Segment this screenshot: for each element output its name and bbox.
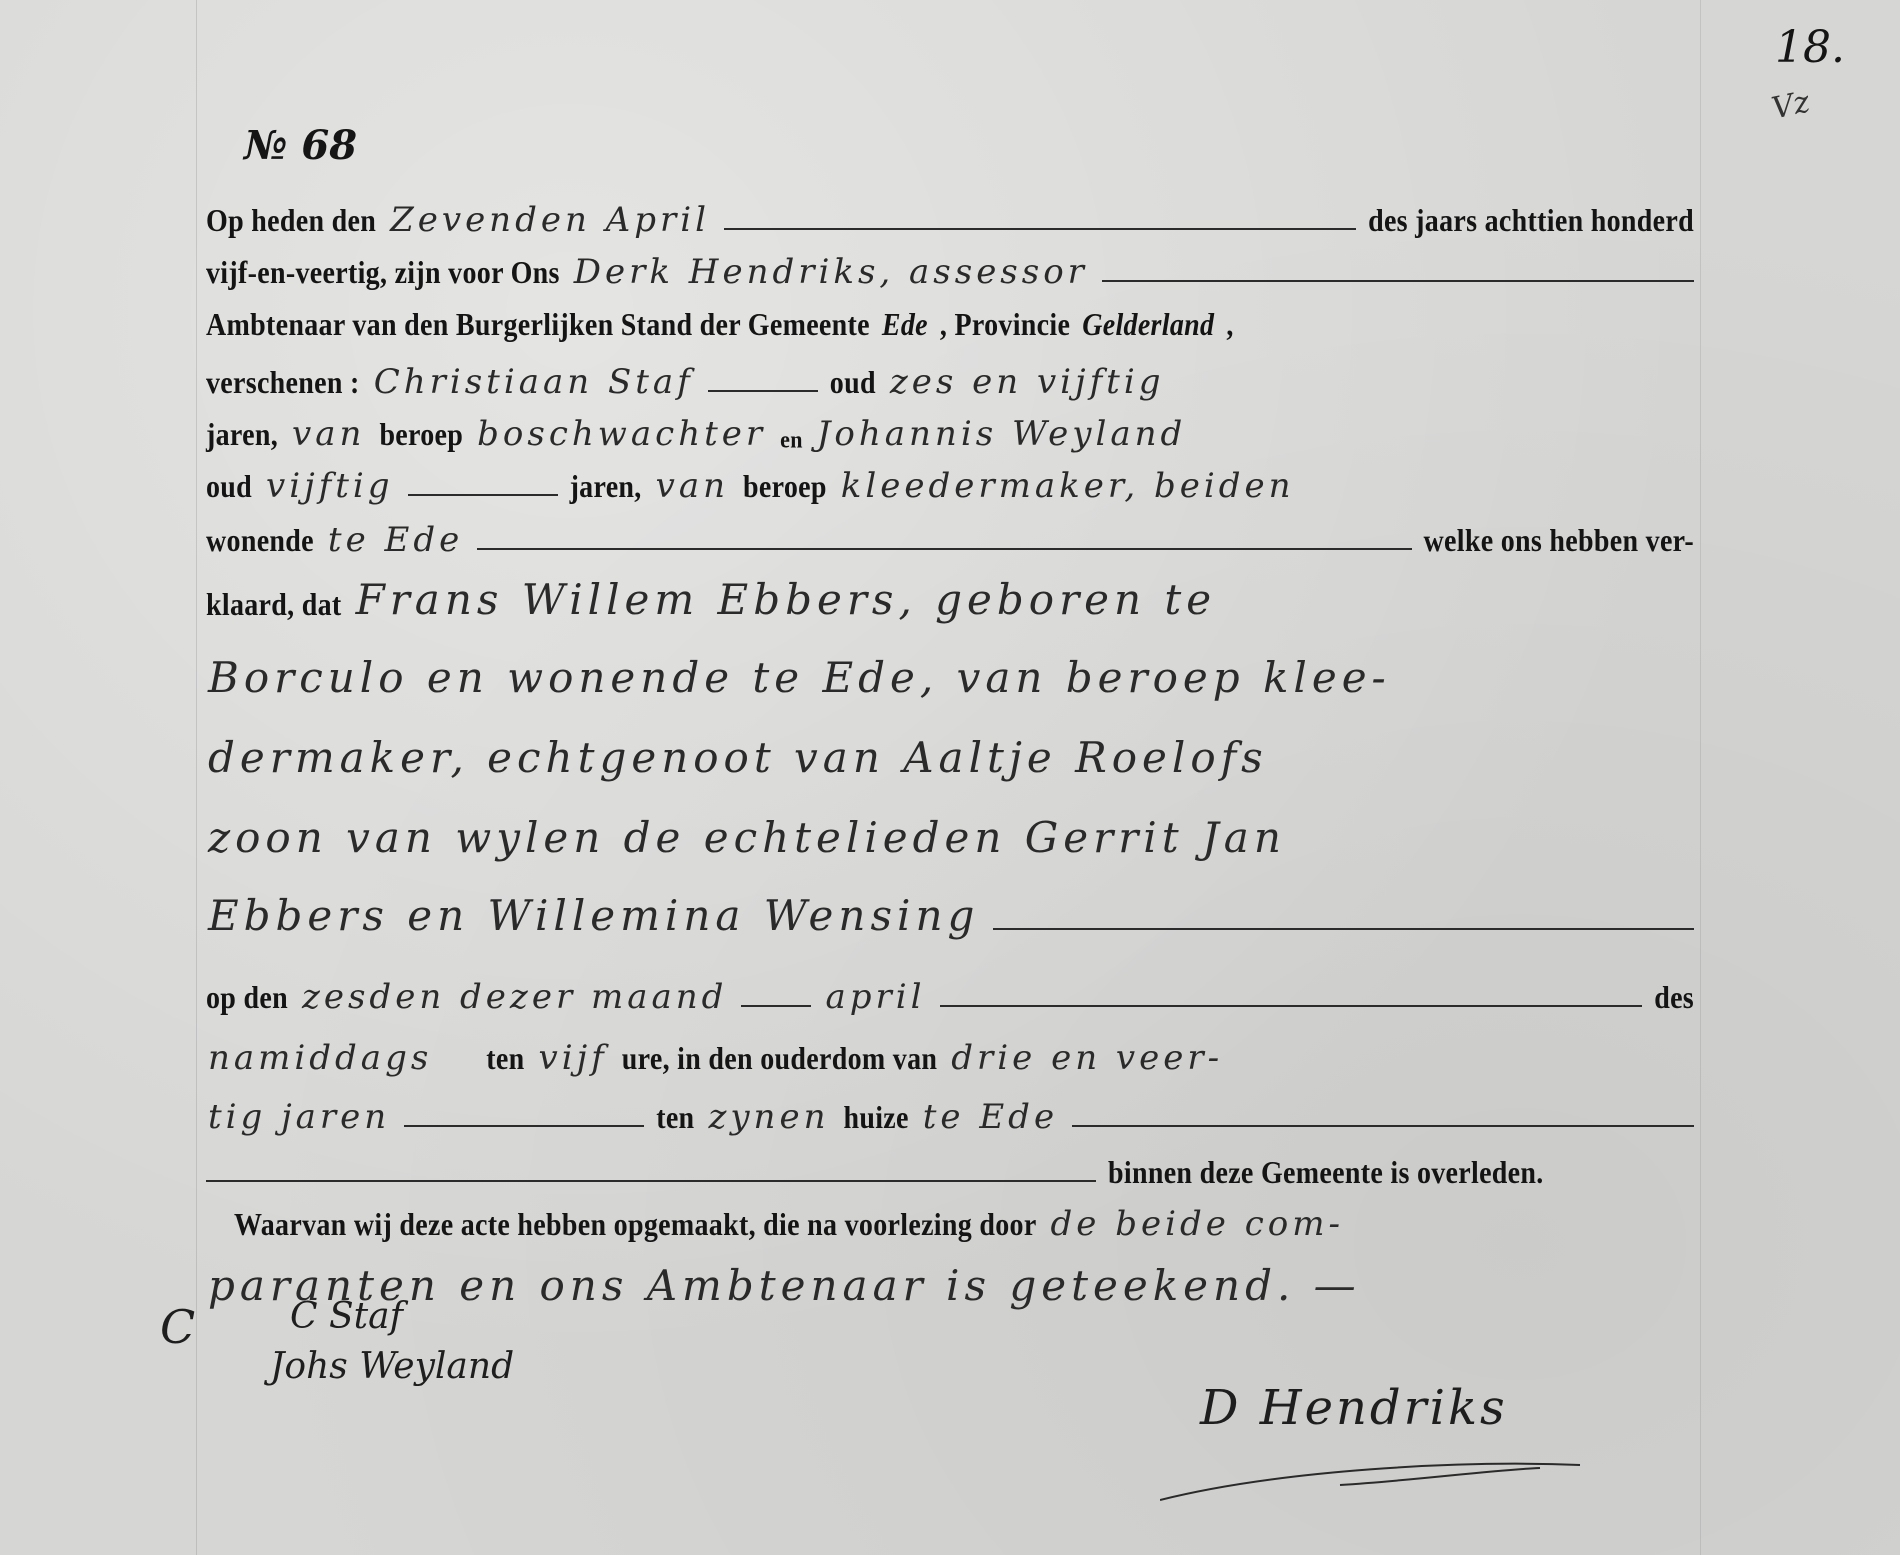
form-line-1: Op heden den Zevenden April des jaars ac… — [200, 188, 1700, 240]
form-line-3: Ambtenaar van den Burgerlijken Stand der… — [200, 292, 1700, 344]
printed-text: ten — [480, 1042, 530, 1078]
handwritten-text: van — [648, 466, 737, 506]
fill-line — [708, 390, 818, 392]
left-margin-rule — [196, 0, 197, 1555]
printed-text: beroep — [737, 470, 833, 506]
printed-text: ure, in den ouderdom van — [616, 1042, 944, 1078]
signature-flourish-icon — [1160, 1440, 1640, 1510]
form-line-13: op den zesden dezer maand april des — [200, 965, 1700, 1017]
form-line-17: Waarvan wij deze acte hebben opgemaakt, … — [200, 1192, 1700, 1244]
printed-text: des — [1648, 981, 1700, 1017]
printed-text: jaren, — [200, 418, 284, 454]
printed-text: op den — [200, 981, 294, 1017]
handwritten-witness-2: Johannis Weyland — [809, 414, 1195, 454]
handwritten-text: de beide com- — [1043, 1204, 1352, 1244]
form-line-11: zoon van wylen de echtelieden Gerrit Jan — [200, 810, 1700, 862]
printed-text: Waarvan wij deze acte hebben opgemaakt, … — [228, 1208, 1043, 1244]
printed-text: welke ons hebben ver- — [1418, 524, 1700, 560]
handwritten-text: zynen — [700, 1097, 837, 1137]
printed-provincie: Gelderland — [1076, 308, 1220, 344]
form-line-2: vijf-en-veertig, zijn voor Ons Derk Hend… — [200, 240, 1700, 292]
fill-line — [206, 1180, 1096, 1182]
fill-line — [477, 548, 1411, 550]
printed-text: wonende — [200, 524, 320, 560]
printed-text: oud — [200, 470, 258, 506]
handwritten-text: Borculo en wonende te Ede, van beroep kl… — [200, 653, 1399, 702]
printed-text: oud — [824, 366, 882, 402]
printed-text: verschenen : — [200, 366, 366, 402]
signature-official: D Hendriks — [1200, 1380, 1508, 1436]
signature-witness-2: Johs Weyland — [270, 1346, 514, 1387]
printed-text: en — [774, 425, 809, 454]
fill-line — [940, 1005, 1643, 1007]
printed-text: jaren, — [564, 470, 648, 506]
form-line-8: klaard, dat Frans Willem Ebbers, geboren… — [200, 572, 1700, 624]
handwritten-text: dermaker, echtgenoot van Aaltje Roelofs — [200, 733, 1276, 782]
fill-line — [408, 494, 558, 496]
form-line-4: verschenen : Christiaan Staf oud zes en … — [200, 350, 1700, 402]
handwritten-deceased-name: Frans Willem Ebbers, geboren te — [348, 575, 1225, 624]
handwritten-hour: vijf — [531, 1038, 616, 1078]
printed-text: Op heden den — [200, 204, 382, 240]
handwritten-date: Zevenden April — [382, 200, 718, 240]
printed-text: Ambtenaar van den Burgerlijken Stand der… — [200, 308, 876, 344]
handwritten-text: Ebbers en Willemina Wensing — [200, 891, 987, 940]
handwritten-age: vijftig — [258, 466, 402, 506]
signature-witness-1: C Staf — [290, 1296, 403, 1337]
fill-line — [1102, 280, 1694, 282]
handwritten-text: zoon van wylen de echtelieden Gerrit Jan — [200, 813, 1294, 862]
form-line-18: paranten en ons Ambtenaar is geteekend. … — [200, 1258, 1700, 1310]
folio-annotation: Vz — [1769, 84, 1813, 126]
scanned-document-page: 18. Vz № 68 Op heden den Zevenden April … — [0, 0, 1900, 1555]
handwritten-time-of-day: namiddags — [200, 1038, 440, 1078]
form-line-5: jaren, van beroep boschwachter en Johann… — [200, 402, 1700, 454]
form-line-15: tig jaren ten zynen huize te Ede — [200, 1085, 1700, 1137]
printed-gemeente: Ede — [876, 308, 934, 344]
fill-line — [741, 1005, 811, 1007]
printed-text: , — [1220, 308, 1239, 344]
handwritten-age: zes en vijftig — [882, 362, 1173, 402]
fill-line — [993, 928, 1694, 930]
right-margin-rule — [1700, 0, 1701, 1555]
handwritten-official: Derk Hendriks, assessor — [566, 252, 1096, 292]
fill-line — [404, 1125, 644, 1127]
handwritten-place: te Ede — [915, 1097, 1066, 1137]
handwritten-month: april — [817, 977, 933, 1017]
fill-line — [1072, 1125, 1694, 1127]
printed-text: ten — [650, 1101, 700, 1137]
printed-text: binnen deze Gemeente is overleden. — [1102, 1156, 1550, 1192]
handwritten-date-of-death: zesden dezer maand — [294, 977, 736, 1017]
printed-text: huize — [837, 1101, 914, 1137]
form-line-14: namiddags ten vijf ure, in den ouderdom … — [200, 1026, 1700, 1078]
handwritten-residence: te Ede — [320, 520, 471, 560]
margin-mark: C — [160, 1300, 195, 1354]
handwritten-age-deceased: drie en veer- — [943, 1038, 1231, 1078]
folio-number: 18. — [1775, 22, 1845, 73]
form-line-10: dermaker, echtgenoot van Aaltje Roelofs — [200, 730, 1700, 782]
printed-text: , Provincie — [934, 308, 1076, 344]
handwritten-witness-1: Christiaan Staf — [366, 362, 702, 402]
acte-number: № 68 — [244, 122, 357, 169]
form-line-9: Borculo en wonende te Ede, van beroep kl… — [200, 650, 1700, 702]
form-line-6: oud vijftig jaren, van beroep kleedermak… — [200, 454, 1700, 506]
handwritten-occupation: kleedermaker, beiden — [833, 466, 1303, 506]
fill-line — [724, 228, 1356, 230]
handwritten-text: tig jaren — [200, 1097, 398, 1137]
form-line-16: binnen deze Gemeente is overleden. — [200, 1140, 1700, 1192]
printed-text: klaard, dat — [200, 588, 348, 624]
handwritten-text: van — [284, 414, 373, 454]
form-line-12: Ebbers en Willemina Wensing — [200, 888, 1700, 940]
printed-text: des jaars achttien honderd — [1362, 204, 1700, 240]
handwritten-occupation: boschwachter — [469, 414, 774, 454]
form-line-7: wonende te Ede welke ons hebben ver- — [200, 508, 1700, 560]
printed-text: beroep — [373, 418, 469, 454]
printed-text: vijf-en-veertig, zijn voor Ons — [200, 256, 566, 292]
